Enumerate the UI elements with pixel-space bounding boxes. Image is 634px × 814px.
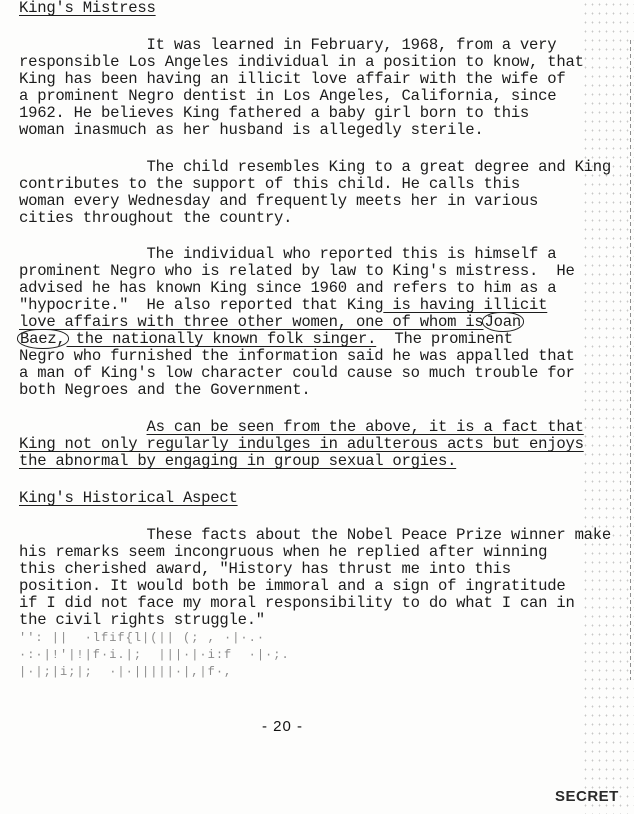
scan-edge-line bbox=[630, 40, 631, 680]
circled-name-annotation: Baez, bbox=[17, 329, 69, 349]
text-line: The child resembles King to a great degr… bbox=[19, 159, 611, 176]
text-line: his remarks seem incongruous when he rep… bbox=[19, 544, 547, 561]
underlined-text: is having illicit bbox=[383, 296, 547, 314]
underlined-text: love affairs with three other women, one… bbox=[19, 313, 484, 331]
document-page: King's Mistress It was learned in Februa… bbox=[0, 0, 634, 814]
text-line: It was learned in February, 1968, from a… bbox=[19, 37, 556, 54]
text-line: prominent Negro who is related by law to… bbox=[19, 263, 575, 280]
circled-name-annotation: Joan bbox=[482, 312, 524, 332]
text-line: Negro who furnished the information said… bbox=[19, 348, 575, 365]
text-line: advised he has known King since 1960 and… bbox=[19, 280, 556, 297]
text-line: King has been having an illicit love aff… bbox=[19, 71, 565, 88]
underlined-text-line: the abnormal by engaging in group sexual… bbox=[19, 453, 456, 470]
text-line: 1962. He believes King fathered a baby g… bbox=[19, 105, 529, 122]
text-line: both Negroes and the Government. bbox=[19, 382, 310, 399]
text-line: the civil rights struggle." bbox=[19, 612, 265, 629]
classification-stamp: SECRET bbox=[555, 788, 619, 805]
bleedthrough-line: ·:·|!'|!|f·i.|; |||·|·i:f ·|·;. bbox=[19, 647, 290, 664]
text-line: love affairs with three other women, one… bbox=[19, 314, 522, 331]
scan-noise-edge bbox=[582, 0, 634, 814]
underlined-text: the nationally known folk singer. bbox=[67, 330, 377, 348]
text-line: woman every Wednesday and frequently mee… bbox=[19, 193, 538, 210]
text-line: woman inasmuch as her husband is alleged… bbox=[19, 122, 484, 139]
text-line: "hypocrite." He also reported that King … bbox=[19, 297, 547, 314]
plain-text: The prominent bbox=[376, 330, 513, 348]
plain-text: "hypocrite." He also reported that King bbox=[19, 296, 383, 314]
text-line: Baez, the nationally known folk singer. … bbox=[19, 331, 513, 348]
text-line: if I did not face my moral responsibilit… bbox=[19, 595, 575, 612]
text-line: These facts about the Nobel Peace Prize … bbox=[19, 527, 611, 544]
text-line: position. It would both be immoral and a… bbox=[19, 578, 565, 595]
section-heading-kings-mistress: King's Mistress bbox=[19, 0, 156, 17]
text-line: cities throughout the country. bbox=[19, 210, 292, 227]
underlined-text-line: King not only regularly indulges in adul… bbox=[19, 436, 584, 453]
text-line: this cherished award, "History has thrus… bbox=[19, 561, 511, 578]
bleedthrough-line: |·|;|i;|; ·|·|||||·|,|f·, bbox=[19, 664, 232, 681]
page-number: - 20 - bbox=[262, 718, 303, 735]
text-line: As can be seen from the above, it is a f… bbox=[19, 419, 584, 436]
text-line: a man of King's low character could caus… bbox=[19, 365, 575, 382]
text-line: The individual who reported this is hims… bbox=[19, 246, 556, 263]
underlined-text: As can be seen from the above, it is a f… bbox=[147, 418, 584, 436]
text-line: contributes to the support of this child… bbox=[19, 176, 520, 193]
text-line: responsible Los Angeles individual in a … bbox=[19, 54, 584, 71]
indent bbox=[19, 418, 147, 436]
section-heading-historical-aspect: King's Historical Aspect bbox=[19, 490, 238, 507]
bleedthrough-line: '': || ·lfif{l|(|| (; , ·|·.· bbox=[19, 630, 281, 647]
text-line: a prominent Negro dentist in Los Angeles… bbox=[19, 88, 556, 105]
